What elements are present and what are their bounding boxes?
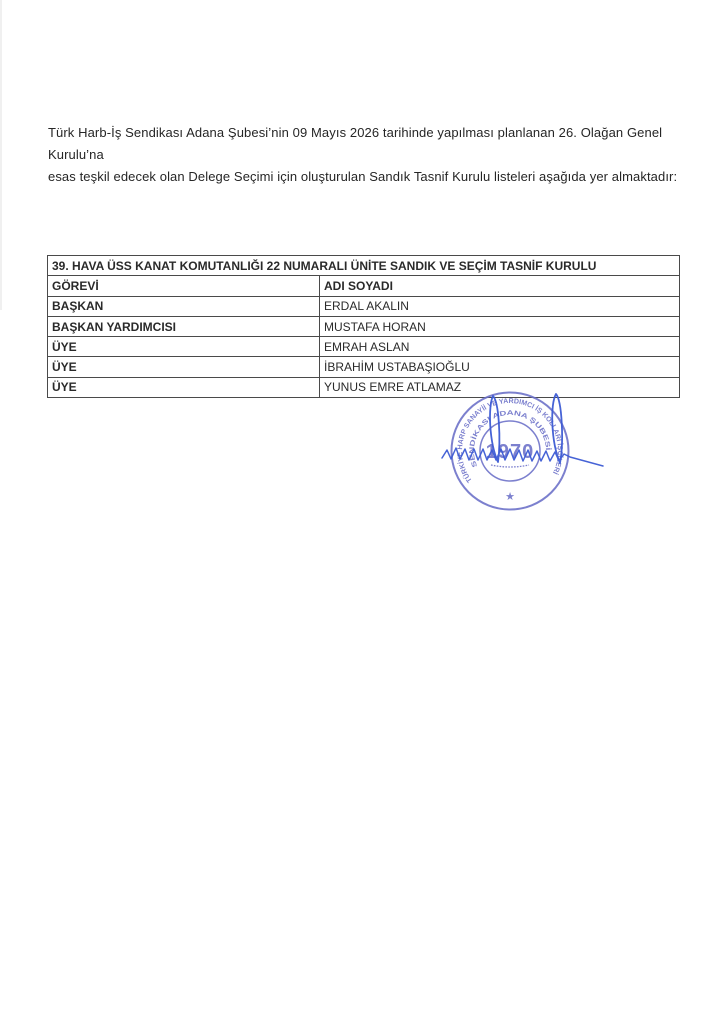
column-header-adi-soyadi: ADI SOYADI: [320, 276, 680, 296]
intro-line-1: Türk Harb-İş Sendikası Adana Şubesi’nin …: [48, 122, 708, 166]
role-cell: BAŞKAN: [48, 296, 320, 316]
name-cell: MUSTAFA HORAN: [320, 316, 680, 336]
intro-line-2: esas teşkil edecek olan Delege Seçimi iç…: [48, 166, 708, 188]
name-cell: ERDAL AKALIN: [320, 296, 680, 316]
name-cell: EMRAH ASLAN: [320, 337, 680, 357]
tasnif-kurulu-table: 39. HAVA ÜSS KANAT KOMUTANLIĞI 22 NUMARA…: [47, 255, 680, 398]
stamp-microtext-line: [491, 465, 529, 467]
union-stamp-and-signature: TÜRKİYE HARP SANAYİİ VE YARDIMCI İŞ KOLL…: [430, 378, 620, 523]
stamp-seal-graphic: TÜRKİYE HARP SANAYİİ VE YARDIMCI İŞ KOLL…: [430, 378, 620, 523]
role-cell: ÜYE: [48, 337, 320, 357]
role-cell: ÜYE: [48, 377, 320, 397]
table-title-row: 39. HAVA ÜSS KANAT KOMUTANLIĞI 22 NUMARA…: [48, 256, 680, 276]
scan-edge-artifact: [0, 0, 2, 310]
role-cell: BAŞKAN YARDIMCISI: [48, 316, 320, 336]
table-header-row: GÖREVİ ADI SOYADI: [48, 276, 680, 296]
table-title: 39. HAVA ÜSS KANAT KOMUTANLIĞI 22 NUMARA…: [48, 256, 680, 276]
intro-paragraph: Türk Harb-İş Sendikası Adana Şubesi’nin …: [48, 122, 708, 188]
table-row: ÜYE İBRAHİM USTABAŞIOĞLU: [48, 357, 680, 377]
stamp-star-icon: ★: [505, 491, 515, 503]
role-cell: ÜYE: [48, 357, 320, 377]
table-row: BAŞKAN YARDIMCISI MUSTAFA HORAN: [48, 316, 680, 336]
table-row: ÜYE EMRAH ASLAN: [48, 337, 680, 357]
name-cell: İBRAHİM USTABAŞIOĞLU: [320, 357, 680, 377]
column-header-gorevi: GÖREVİ: [48, 276, 320, 296]
table-row: BAŞKAN ERDAL AKALIN: [48, 296, 680, 316]
